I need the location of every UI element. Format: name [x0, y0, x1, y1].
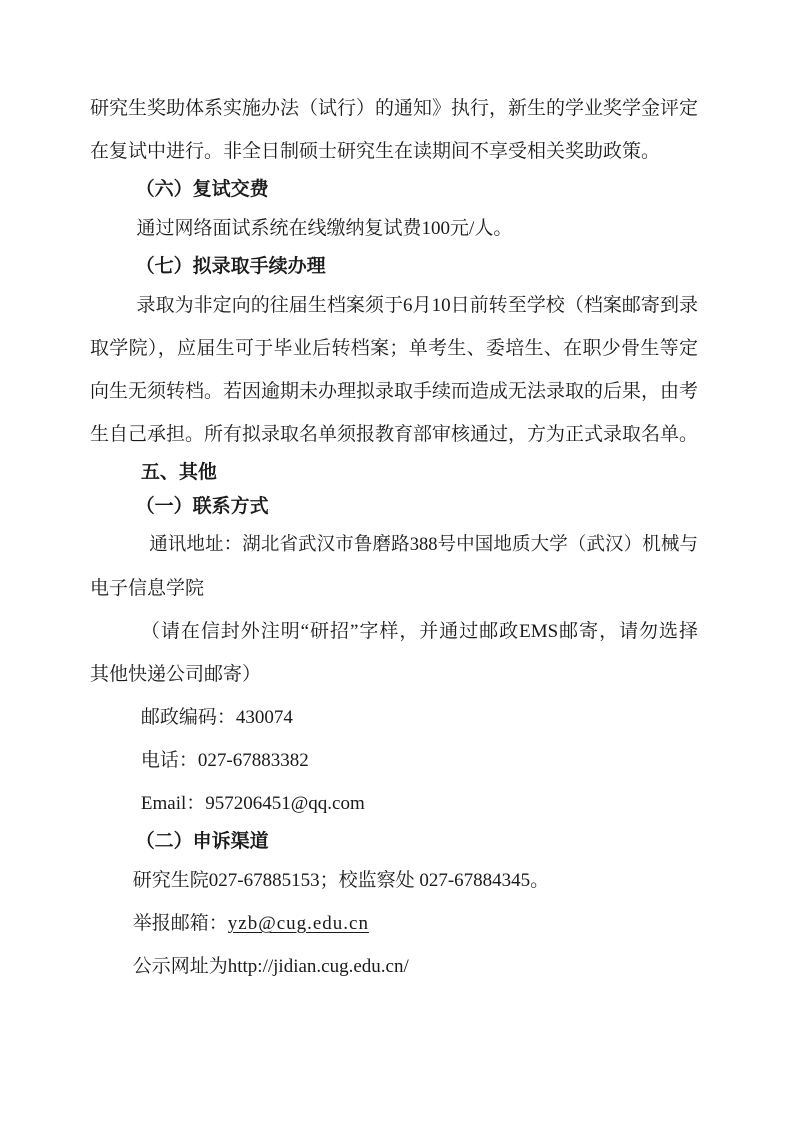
paragraph-appeal-phones: 研究生院027-67885153；校监察处 027-67884345。 [90, 859, 698, 902]
text-line: 录取为非定向的往届生档案须于6月10日前转至学校（档案邮寄到录 [90, 284, 698, 327]
paragraph-postal-code: 邮政编码：430074 [90, 696, 698, 739]
paragraph-mailing-address: 通讯地址：湖北省武汉市鲁磨路388号中国地质大学（武汉）机械与 电子信息学院 [90, 524, 698, 610]
report-mailbox-label: 举报邮箱： [133, 913, 228, 934]
paragraph-email: Email：957206451@qq.com [90, 782, 698, 825]
section-heading-2-appeal-channel: （二）申诉渠道 [90, 825, 698, 859]
paragraph-envelope-note: （请在信封外注明“研招”字样，并通过邮政EMS邮寄，请勿选择 其他快递公司邮寄） [90, 610, 698, 696]
paragraph-retest-fee: 通过网络面试系统在线缴纳复试费100元/人。 [90, 207, 698, 250]
text-line: 在复试中进行。非全日制硕士研究生在读期间不享受相关奖助政策。 [90, 130, 698, 173]
paragraph-public-website: 公示网址为http://jidian.cug.edu.cn/ [90, 945, 698, 988]
paragraph-report-mailbox: 举报邮箱：yzb@cug.edu.cn [90, 902, 698, 945]
text-line: 研究生奖助体系实施办法（试行）的通知》执行，新生的学业奖学金评定 [90, 87, 698, 130]
paragraph-phone: 电话：027-67883382 [90, 739, 698, 782]
section-heading-6-retest-fee: （六）复试交费 [90, 173, 698, 207]
text-line: 其他快递公司邮寄） [90, 653, 698, 696]
text-line: 生自己承担。所有拟录取名单须报教育部审核通过，方为正式录取名单。 [90, 413, 698, 456]
text-line: 取学院），应届生可于毕业后转档案；单考生、委培生、在职少骨生等定 [90, 327, 698, 370]
paragraph-admission-procedure: 录取为非定向的往届生档案须于6月10日前转至学校（档案邮寄到录 取学院），应届生… [90, 284, 698, 456]
text-line: 通讯地址：湖北省武汉市鲁磨路388号中国地质大学（武汉）机械与 [90, 524, 698, 567]
report-email-link[interactable]: yzb@cug.edu.cn [228, 913, 369, 934]
paragraph-scholarship: 研究生奖助体系实施办法（试行）的通知》执行，新生的学业奖学金评定 在复试中进行。… [90, 87, 698, 173]
document-content: 研究生奖助体系实施办法（试行）的通知》执行，新生的学业奖学金评定 在复试中进行。… [90, 87, 698, 988]
text-line: （请在信封外注明“研招”字样，并通过邮政EMS邮寄，请勿选择 [90, 610, 698, 653]
text-line: 电子信息学院 [90, 567, 698, 610]
text-line: 向生无须转档。若因逾期未办理拟录取手续而造成无法录取的后果，由考 [90, 370, 698, 413]
document-page: 研究生奖助体系实施办法（试行）的通知》执行，新生的学业奖学金评定 在复试中进行。… [0, 0, 793, 1122]
section-heading-1-contact: （一）联系方式 [90, 490, 698, 524]
section-heading-7-admission-procedure: （七）拟录取手续办理 [90, 250, 698, 284]
section-heading-5-others: 五、其他 [90, 456, 698, 490]
